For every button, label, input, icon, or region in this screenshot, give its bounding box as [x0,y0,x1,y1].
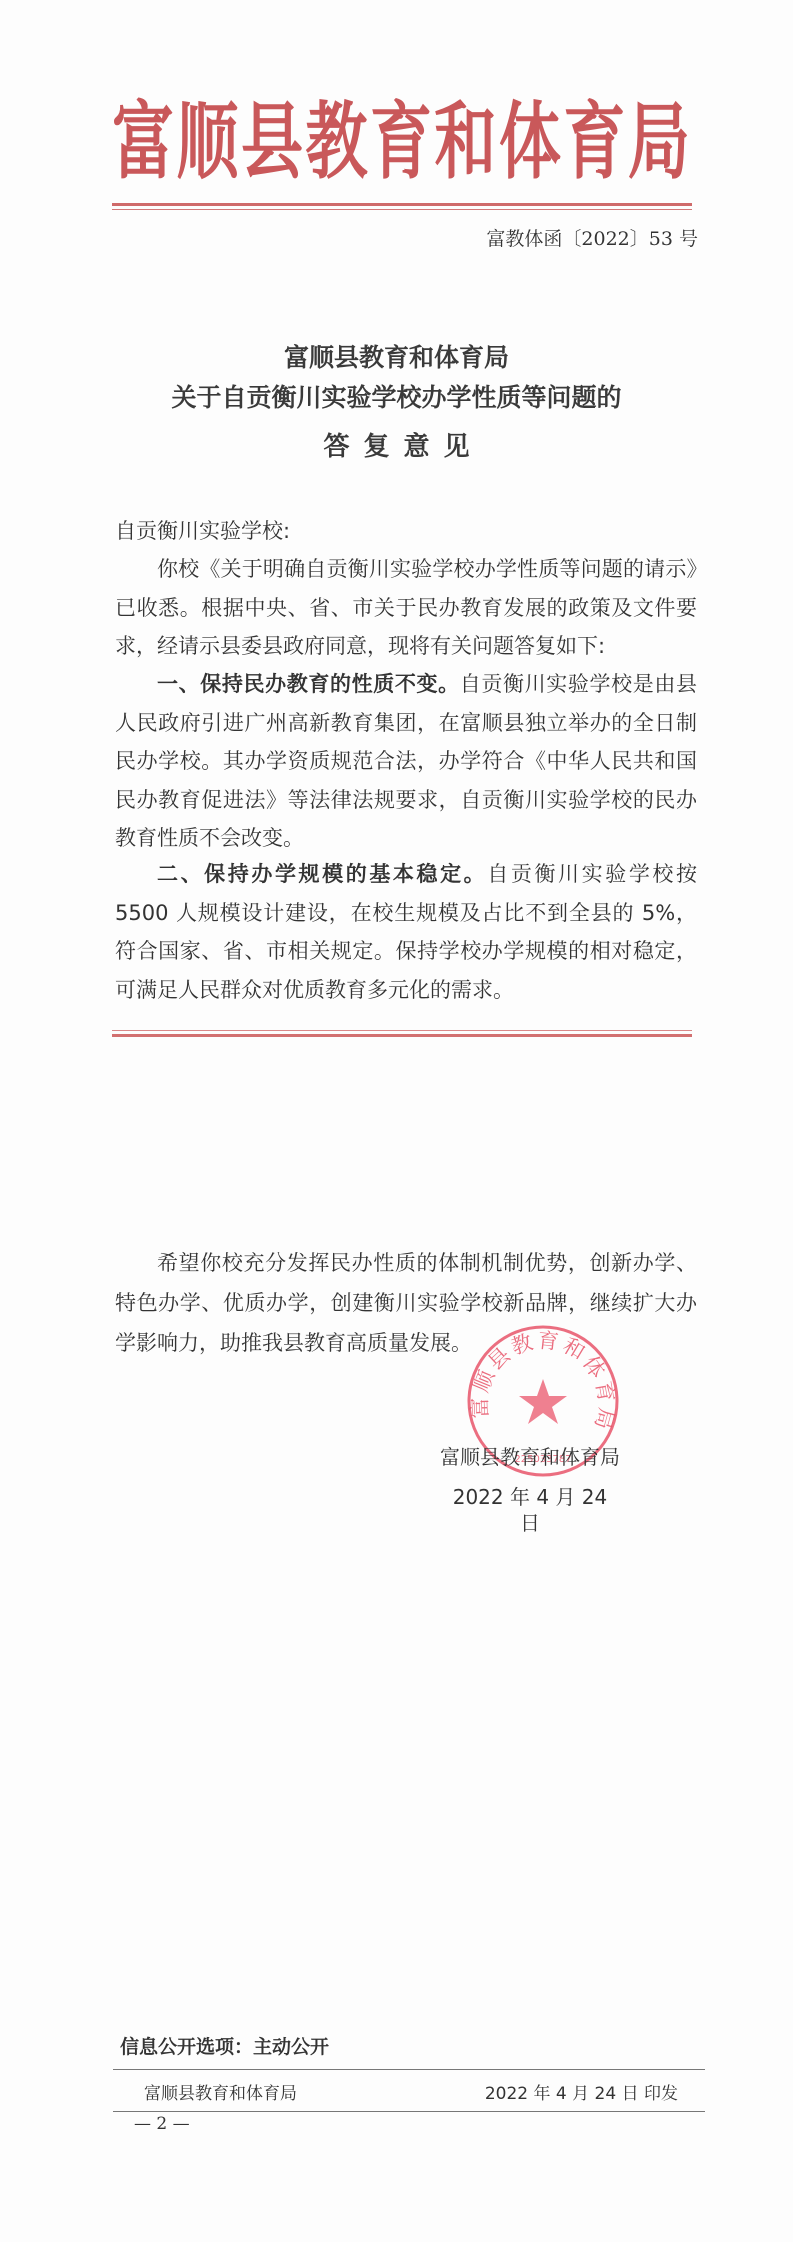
masthead-title: 富 顺 县 教 育 和 体 育 局 [112,98,690,186]
heading-line-2: 关于自贡衡川实验学校办学性质等问题的 [0,383,793,413]
salutation: 自贡衡川实验学校: [115,512,697,551]
section-1-title: 一、保持民办教育的性质不变。 [157,672,460,696]
heading-line-3: 答复意见 [0,432,793,462]
footer-rule-bottom [113,2111,705,2112]
signature-date: 2022 年 4 月 24 日 [440,1484,620,1536]
masthead-rule-thin [112,209,692,210]
page-break-rule-thin [112,1030,692,1031]
section-1-text: 自贡衡川实验学校是由县人民政府引进广州高新教育集团，在富顺县独立举办的全日制民办… [115,672,697,850]
page-number: — 2 — [134,2112,190,2136]
masthead-char: 局 [628,83,690,202]
section-2-title: 二、保持办学规模的基本稳定。 [157,862,487,886]
heading-line-1: 富顺县教育和体育局 [0,343,793,373]
masthead-char: 富 [112,83,174,202]
document-number: 富教体函〔2022〕53 号 [470,226,698,252]
footer-issuer: 富顺县教育和体育局 [144,2081,297,2107]
footer-issue-date: 2022 年 4 月 24 日 印发 [450,2081,678,2107]
section-2-paragraph: 二、保持办学规模的基本稳定。自贡衡川实验学校按 5500 人规模设计建设，在校生… [115,855,697,1009]
info-disclosure-option: 信息公开选项：主动公开 [120,2034,329,2060]
signature-organization: 富顺县教育和体育局 [430,1444,630,1470]
footer-rule-top [113,2069,705,2070]
masthead-rule-thick [112,203,692,206]
intro-paragraph: 你校《关于明确自贡衡川实验学校办学性质等问题的请示》已收悉。根据中央、省、市关于… [115,550,697,666]
masthead-char: 县 [241,83,303,202]
masthead-char: 体 [499,83,561,202]
page-break-rule-thick [112,1034,692,1037]
section-1-paragraph: 一、保持民办教育的性质不变。自贡衡川实验学校是由县人民政府引进广州高新教育集团，… [115,665,697,858]
masthead-char: 和 [434,83,496,202]
masthead-char: 育 [563,83,625,202]
masthead-char: 教 [305,83,367,202]
masthead-char: 顺 [176,83,238,202]
masthead-char: 育 [370,83,432,202]
